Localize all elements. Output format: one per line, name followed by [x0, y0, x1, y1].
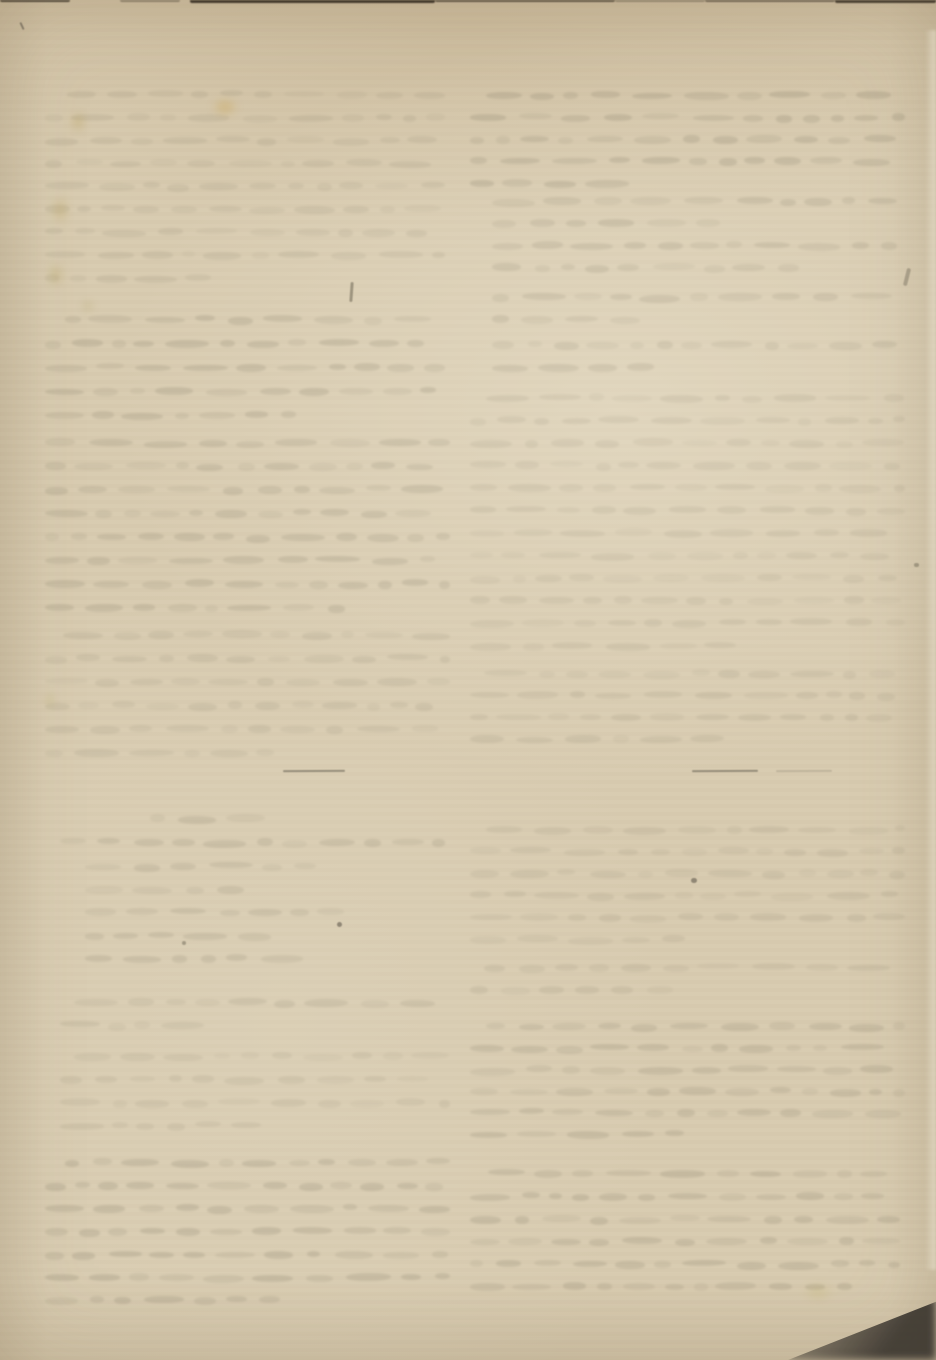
speck-dot-verse-1 [337, 922, 342, 927]
speck-layer [0, 0, 936, 1360]
speck-apostrophe-left-col [349, 282, 353, 302]
speck-dot-verse-2 [182, 941, 186, 945]
scanned-page [0, 0, 936, 1360]
speck-top-left [19, 22, 24, 30]
speck-right-edge-small [914, 563, 919, 567]
speck-dot-right-col [691, 878, 697, 883]
page-edge-highlight [925, 30, 936, 1270]
speck-curve-right-edge [903, 268, 911, 286]
